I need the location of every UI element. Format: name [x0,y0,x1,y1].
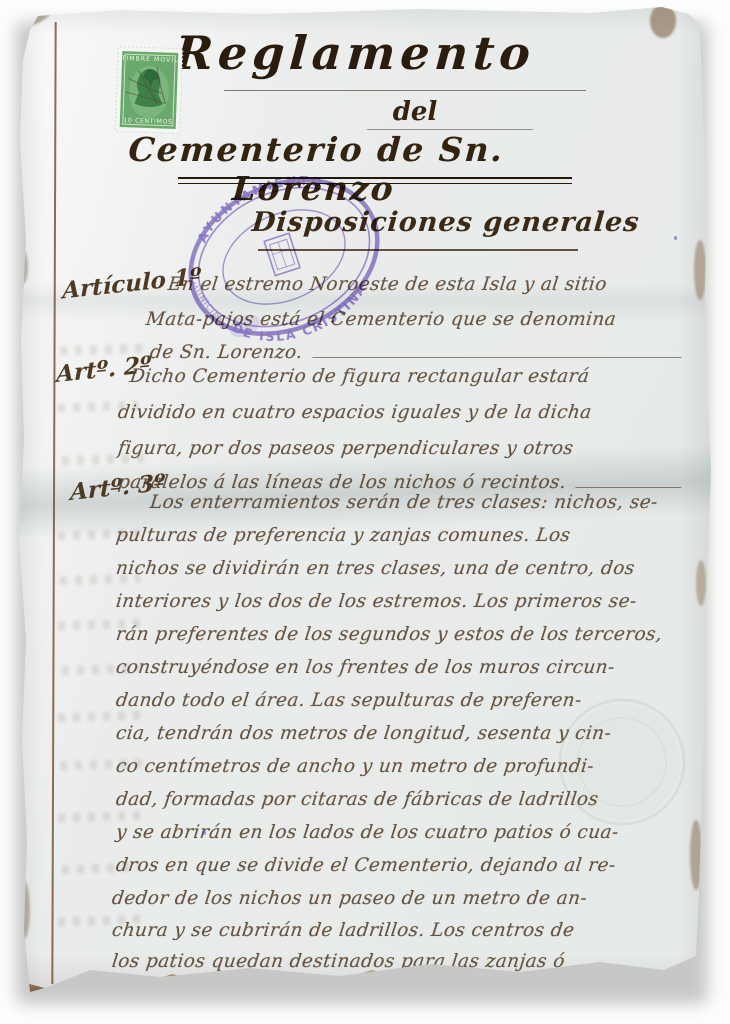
handwritten-line: figura, por dos paseos perpendiculares y… [117,438,692,459]
handwritten-line: dad, formadas por citaras de fábricas de… [115,789,692,810]
oval-stamp-bottom-text: DE ISLA CRISTINA [226,265,378,358]
handwritten-line: construyéndose en los frentes de los mur… [115,657,692,678]
svg-text:AYUNTAMIENTO: AYUNTAMIENTO [183,156,331,249]
handwritten-line: chura y se cubrirán de ladrillos. Los ce… [111,920,692,941]
handwritten-line: co centímetros de ancho y un metro de pr… [115,756,692,777]
bleedthrough-text [58,711,142,723]
svg-text:DE ISLA CRISTINA: DE ISLA CRISTINA [226,265,378,358]
margin-fold-line [51,22,56,984]
municipal-oval-stamp: AYUNTAMIENTO DE ISLA CRISTINA MUNICIPAL [158,156,410,358]
title-word-del: del [330,97,500,127]
edge-stain [696,560,706,606]
handwritten-line: Dicho Cementerio de figura rectangular e… [129,366,692,387]
oval-stamp-side-text: MUNICIPAL [187,281,227,331]
ink-speck [202,830,206,835]
handwritten-line: dividido en cuatro espacios iguales y de… [117,402,692,423]
edge-stain [694,240,706,300]
revenue-stamp: TIMBRE MOVIL 10 CENTIMOS [115,46,184,134]
handwritten-line: rán preferentes de los segundos y estos … [115,624,692,645]
handwritten-line: dando todo el área. Las sepulturas de pr… [115,690,692,711]
oval-stamp-top-text: AYUNTAMIENTO [183,156,331,249]
handwritten-line: Los enterramientos serán de tres clases:… [149,492,692,513]
handwritten-line: interiores y los dos de los estremos. Lo… [115,591,692,612]
bleedthrough-text [58,811,144,823]
handwritten-line: paralelos á las líneas de los nichos ó r… [117,472,692,493]
handwritten-line: cia, tendrán dos metros de longitud, ses… [115,723,692,744]
handwritten-line: dros en que se divide el Cementerio, dej… [115,855,692,876]
edge-stain [650,4,676,38]
handwritten-line: pulturas de preferencia y zanjas comunes… [115,525,692,546]
handwritten-line: dedor de los nichos un paseo de un metro… [111,888,692,909]
handwritten-line: nichos se dividirán en tres clases, una … [115,558,692,579]
title-underline [224,90,586,91]
manuscript-page: Reglamento del Cementerio de Sn. Lorenzo… [0,0,730,1024]
ink-speck [674,236,677,240]
